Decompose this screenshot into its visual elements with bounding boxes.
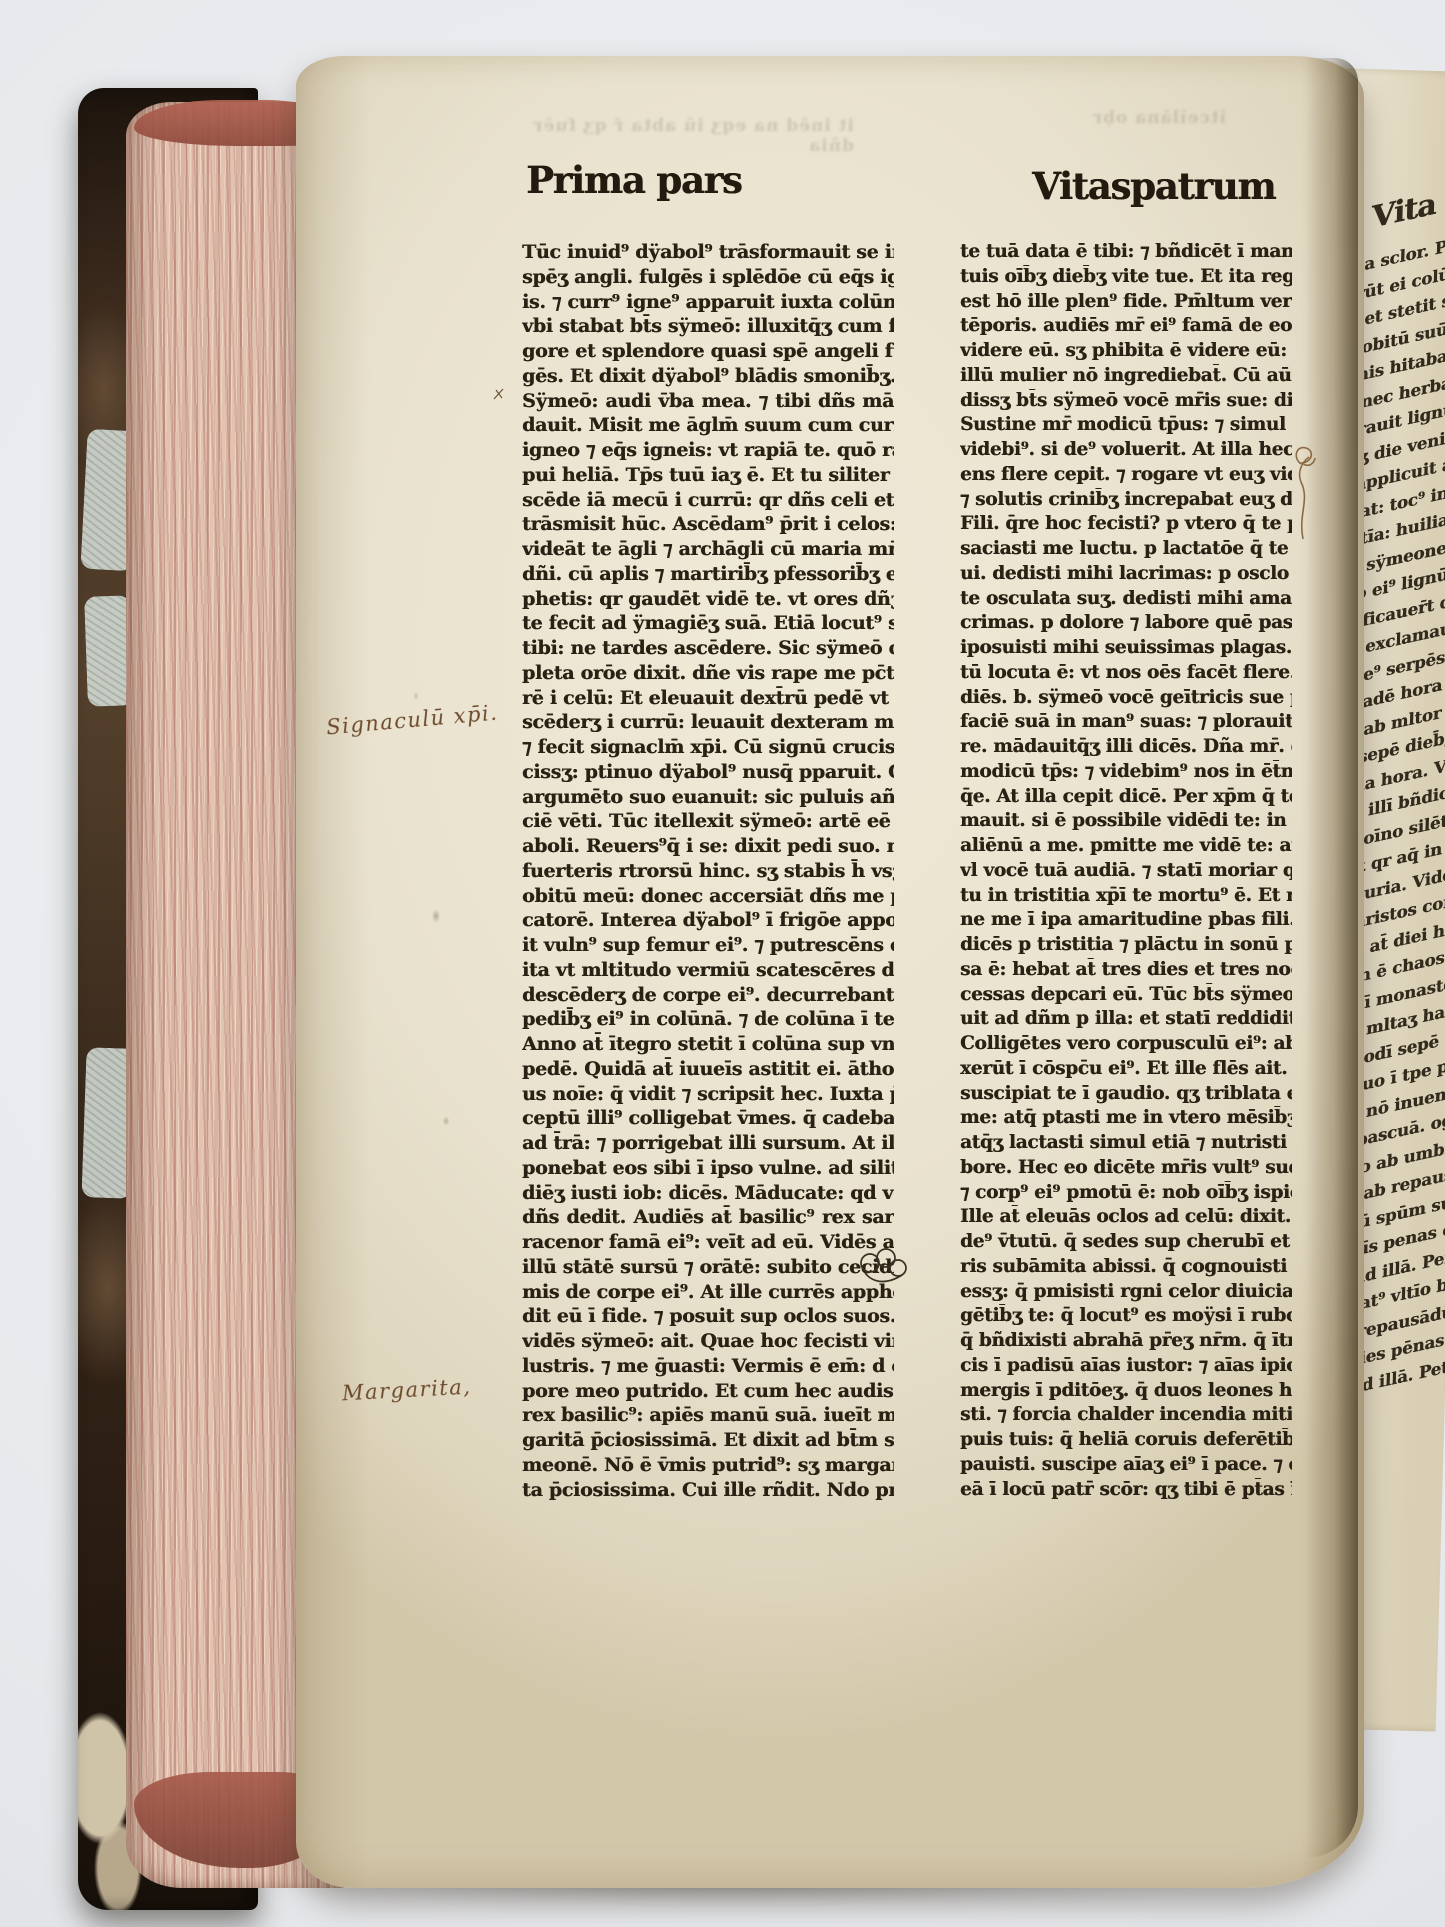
text-line: Fili. q̄re hoc fecisti? p vtero q̄ te pt…: [960, 512, 1292, 537]
text-line: xerūt ī cōspc̄u ei⁹. Et ille flēs ait. D…: [960, 1057, 1292, 1082]
text-line: scēde iā mecū i currū: qr dñs celi et t̄…: [522, 488, 894, 513]
text-line: pore meo putrido. Et cum hec audisset: [522, 1379, 894, 1404]
pen-mark-icon: [492, 386, 506, 402]
show-through-text: it inēd na eqʒ iū abta r̄ qʒ fuēr dñia: [524, 116, 854, 156]
text-line: pedib̄ʒ ei⁹ in colūnā. ⁊ de colūna ī ter…: [522, 1007, 894, 1032]
text-line: puis tuis: q̄ heliā coruis deferētib̄ʒ e…: [960, 1428, 1292, 1453]
text-line: mis de corpe ei⁹. At ille currēs apphē: [522, 1280, 894, 1305]
show-through-text: ītceīlāna oḅr: [896, 108, 1226, 128]
text-line: ui. dedisti mihi lacrimas: p osclo quo: [960, 562, 1292, 587]
text-line: uit ad dñm p illa: et statī reddidit spm…: [960, 1007, 1292, 1032]
text-line: ⁊ fecit signaclm̄ xp̄i. Cū signū crucis …: [522, 735, 894, 760]
text-line: tū locuta ē: vt nos oēs facēt flere. Au: [960, 661, 1292, 686]
text-line: illū stātē sursū ⁊ orātē: subito cecidit…: [522, 1255, 894, 1280]
text-line: rē i celū: Et eleuauit dext̄rū pedē vt a: [522, 686, 894, 711]
text-line: q̄ bñdixisti abrahā pr̄eʒ nr̄m. q̄ ītrod…: [960, 1329, 1292, 1354]
text-line: Ille at̄ eleuās oclos ad celū: dixit. dñ…: [960, 1205, 1292, 1230]
text-line: me: atq̄ ptasti me in vtero mēsib̄ʒ noue…: [960, 1106, 1292, 1131]
text-line: suscipiat te ī gaudio. qʒ triblata es pp: [960, 1082, 1292, 1107]
text-line: ne me ī ipa amaritudine pbas fili. Hec: [960, 908, 1292, 933]
text-line: dauit. Misit me āglm̄ suum cum curru: [522, 413, 894, 438]
text-line: Sustine mr̄ modicū tp̄us: ⁊ simul nos: [960, 413, 1292, 438]
text-line: ris subāmita abissi. q̄ cognouisti adā a…: [960, 1255, 1292, 1280]
text-line: iposuisti mihi seuissimas plagas. Et ta: [960, 636, 1292, 661]
text-line: te fecit ad ӱmagiēʒ suā. Etiā locut⁹ sū: [522, 611, 894, 636]
text-line: essʒ: q̄ pmisisti rgni celor diuicias. d…: [960, 1280, 1292, 1305]
text-line: faciē suā in man⁹ suas: ⁊ plorauit ama: [960, 710, 1292, 735]
tulip-doodle-icon: [1288, 442, 1324, 542]
text-line: de⁹ v̄tutū. q̄ sedes sup cherubī et scru…: [960, 1230, 1292, 1255]
text-line: modicū tp̄s: ⁊ videbim⁹ nos in ēt̄na re: [960, 760, 1292, 785]
text-line: crimas. p dolore ⁊ labore quē passa sū.: [960, 611, 1292, 636]
text-line: dicēs p tristitia ⁊ plāctu in sonū puer: [960, 933, 1292, 958]
text-line: pleta orōe dixit. dñe vis rape me pc̄tō: [522, 661, 894, 686]
text-line: ponebat eos sibi ī ipso vulne. ad silitu: [522, 1156, 894, 1181]
text-line: obitū meū: donec accersiāt dñs me pec: [522, 884, 894, 909]
text-line: argumēto suo euanuit: sic puluis añ fa: [522, 785, 894, 810]
text-line: mergis ī pditōeʒ. q̄ duos leones huilia: [960, 1379, 1292, 1404]
text-line: ⁊ solutis crinib̄ʒ increpabat euʒ dicens: [960, 488, 1292, 513]
text-line: pauisti. suscipe aīaʒ ei⁹ ī pace. ⁊ coll…: [960, 1453, 1292, 1478]
text-column-right: te tuā data ē tibi: ⁊ bñdicēt ī manibust…: [960, 240, 1292, 1502]
text-line: dissʒ bt̄s sӱmeō vocē mr̄is sue: dixit e…: [960, 389, 1292, 414]
text-line: ⁊ corp⁹ ei⁹ pmotū ē: nob oīb̄ʒ ispiciēti…: [960, 1181, 1292, 1206]
text-line: Colligētes vero corpusculū ei⁹: abdu: [960, 1032, 1292, 1057]
text-line: cis ī padisū aīas iustor: ⁊ aīas ipior̄ʒ: [960, 1354, 1292, 1379]
text-line: racenor famā ei⁹: veīt ad eū. Vidēs at̄: [522, 1230, 894, 1255]
text-line: phetis: qr gaudēt vidē te. vt ores dñʒ q…: [522, 587, 894, 612]
text-line: ad t̄rā: ⁊ porrigebat illi sursum. At il…: [522, 1131, 894, 1156]
running-head-vitaspatrum: Vitaspatrum: [1032, 164, 1275, 208]
text-line: Anno at̄ ītegro stetit ī colūna sup vnū: [522, 1032, 894, 1057]
text-line: videre eū. sʒ phibita ē videre eū: q̄ lo…: [960, 339, 1292, 364]
text-line: gētib̄ʒ te: q̄ locut⁹ es moӱsi ī rubo ig…: [960, 1304, 1292, 1329]
running-head-prima-pars: Prima pars: [526, 158, 742, 202]
text-line: spēʒ angli. fulgēs i splēdōe cū eq̄s ign…: [522, 265, 894, 290]
text-line: catorē. Interea dӱabol⁹ ī frigōe apposu: [522, 908, 894, 933]
text-column-left: Tūc inuid⁹ dӱabol⁹ trāsformauit se inspē…: [522, 240, 894, 1502]
text-line: saciasti me luctu. p lactatōe q̄ te lact…: [960, 537, 1292, 562]
text-line: atq̄ʒ lactasti simul etiā ⁊ nutristi cū …: [960, 1131, 1292, 1156]
text-line: bore. Hec eo dicēte mr̄is vult⁹ sudabat: [960, 1156, 1292, 1181]
text-line: us noīe: q̄ vidit ⁊ scripsit hec. Iuxta …: [522, 1082, 894, 1107]
text-line: igneo ⁊ eq̄s igneis: vt rapiā te. quō ra: [522, 438, 894, 463]
text-line: pui heliā. Tp̄s tuū iaʒ ē. Et tu siliter…: [522, 463, 894, 488]
text-line: videbi⁹. si de⁹ voluerit. At illa hec au…: [960, 438, 1292, 463]
handwritten-margin-note-margarita: Margarita,: [341, 1375, 472, 1406]
text-line: tu in tristitia xp̄ī te mortu⁹ ē. Et nun…: [960, 884, 1292, 909]
text-line: dit eū ī fide. ⁊ posuit sup oclos suos. …: [522, 1304, 894, 1329]
text-line: ceptū illi⁹ colligebat v̄mes. q̄ cadeban…: [522, 1106, 894, 1131]
text-line: eā ī locū patr̄ scōr: qʒ tibi ē pt̄as ī …: [960, 1478, 1292, 1503]
facing-page-running-head: Vita sact: [1371, 115, 1445, 235]
photo-background: Vita sact cula sclor. Pcerūt ei colūnaʒ …: [0, 0, 1445, 1927]
text-line: fuerteris rtrorsū hinc. sʒ stabis h̄ vsʒ…: [522, 859, 894, 884]
text-line: aboli. Reuers⁹q̄ i se: dixit pedi suo. n…: [522, 834, 894, 859]
text-line: Sӱmeō: audi v̄ba mea. ⁊ tibi dñs mā: [522, 389, 894, 414]
text-line: ta p̄ciosissima. Cui ille rñdit. Ndo pm̄…: [522, 1478, 894, 1503]
text-line: meonē. Nō ē v̄mis putrid⁹: sʒ margari: [522, 1453, 894, 1478]
text-line: te osculata suʒ. dedisti mihi amaras la: [960, 587, 1292, 612]
text-line: tibi: ne tardes ascēdere. Sic sӱmeō cō: [522, 636, 894, 661]
text-line: est hō ille plen⁹ fide. Pm̄ltum vero: [960, 290, 1292, 315]
text-line: mauit. si ē possibile vidēdi te: in tāto…: [960, 809, 1292, 834]
flower-doodle-icon: [856, 1248, 910, 1298]
main-page: it inēd na eqʒ iū abta r̄ qʒ fuēr dñia ī…: [296, 56, 1364, 1888]
text-line: vidēs sӱmeō: ait. Quae hoc fecisti vir i…: [522, 1329, 894, 1354]
text-line: tuis oīb̄ʒ dieb̄ʒ vite tue. Et ita regre…: [960, 265, 1292, 290]
text-line: sti. ⁊ forcia chalder incendia mitigasti: [960, 1403, 1292, 1428]
text-line: videāt te āgli ⁊ archāgli cū maria mr̄e: [522, 537, 894, 562]
text-line: diēʒ iusti iob: dicēs. Māducate: qd vob: [522, 1181, 894, 1206]
text-line: scēderʒ i currū: leuauit dexteram manū: [522, 710, 894, 735]
text-line: Tūc inuid⁹ dӱabol⁹ trāsformauit se in: [522, 240, 894, 265]
text-line: rex basilic⁹: apiēs manū suā. iueīt mar: [522, 1403, 894, 1428]
text-line: ens flere cepit. ⁊ rogare vt euʒ videret…: [960, 463, 1292, 488]
text-line: pedē. Quidā at̄ iuueīs astitit ei. āthon…: [522, 1057, 894, 1082]
text-line: aliēnū a me. pmitte me vidē te: aut sī n…: [960, 834, 1292, 859]
text-line: vbi stabat bt̄s sӱmeō: illuxitq̄ʒ cum fu…: [522, 314, 894, 339]
text-line: is. ⁊ curr⁹ igne⁹ apparuit iuxta colūnaʒ: [522, 290, 894, 315]
text-line: dñs dedit. Audiēs at̄ basilic⁹ rex sar: [522, 1205, 894, 1230]
text-line: te tuā data ē tibi: ⁊ bñdicēt ī manibus: [960, 240, 1292, 265]
text-line: re. mādauitq̄ʒ illi dicēs. Dña mr̄. q̄es…: [960, 735, 1292, 760]
text-line: ciē vēti. Tūc itellexit sӱmeō: artē eē d…: [522, 809, 894, 834]
text-line: cissʒ: ptinuo dӱabol⁹ nusq̄ pparuit. Cū: [522, 760, 894, 785]
text-line: it vuln⁹ sup femur ei⁹. ⁊ putrescēns est…: [522, 933, 894, 958]
text-line: illū mulier nō ingrediebat̄. Cū aūt au: [960, 364, 1292, 389]
handwritten-margin-note-signaculum: Signaculū xp̄i.: [325, 701, 499, 740]
text-line: vl vocē tuā audiā. ⁊ statī moriar qʒ pt: [960, 859, 1292, 884]
text-line: dñi. cū aplis ⁊ martirib̄ʒ pfessorib̄ʒ e…: [522, 562, 894, 587]
text-line: ita vt mltitudo vermiū scatescēres d eo: [522, 958, 894, 983]
text-line: lustris. ⁊ me ḡuasti: Vermis ē em̄: d co…: [522, 1354, 894, 1379]
text-line: sa ē: hebat at̄ tres dies et tres noctes…: [960, 958, 1292, 983]
text-line: diēs. b. sӱmeō vocē geītricis sue posuit: [960, 686, 1292, 711]
text-line: garitā p̄ciosissimā. Et dixit ad bt̄m sӱ: [522, 1428, 894, 1453]
text-line: gēs. Et dixit dӱabol⁹ blādis smonib̄ʒ.: [522, 364, 894, 389]
text-line: tēporis. audiēs mr̄ ei⁹ famā de eo: veīt: [960, 314, 1292, 339]
text-line: q̄e. At illa cepit dicē. Per xp̄m q̄ te …: [960, 785, 1292, 810]
text-line: trāsmisit hūc. Ascēdam⁹ p̄rit i celos: v…: [522, 512, 894, 537]
text-line: descēderʒ de corpe ei⁹. decurrebantq̄ʒ d…: [522, 983, 894, 1008]
text-line: gore et splendore quasi spē angeli ful: [522, 339, 894, 364]
text-line: cessas depcari eū. Tūc bt̄s sӱmeon ora: [960, 983, 1292, 1008]
